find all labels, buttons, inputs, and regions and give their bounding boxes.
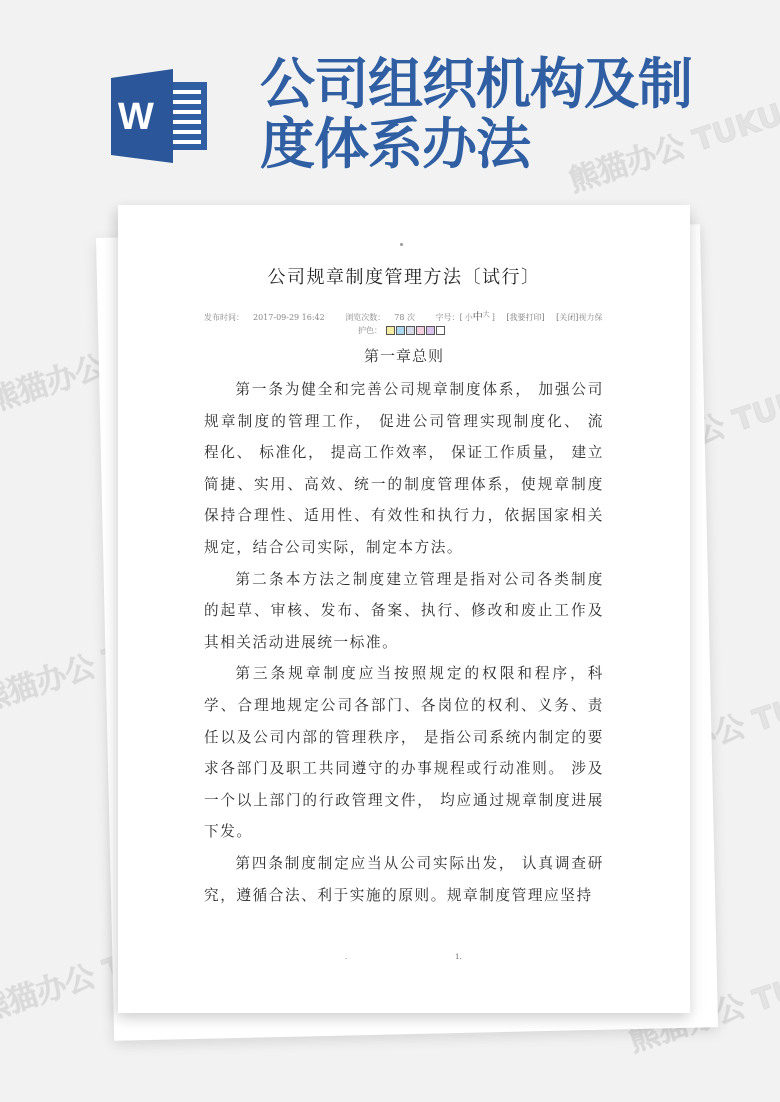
- font-size-small[interactable]: 小: [465, 313, 473, 322]
- color-swatch-white[interactable]: [436, 326, 445, 335]
- eye-care-colors: 护色：: [358, 324, 446, 336]
- banner-title-line1: 公司组织机构及制: [260, 54, 700, 114]
- svg-text:W: W: [118, 96, 154, 138]
- document-body: 第一条为健全和完善公司规章制度体系， 加强公司规章制度的管理工作， 促进公司管理…: [204, 374, 604, 911]
- color-swatch-yellow[interactable]: [386, 326, 395, 335]
- banner-title-line2: 度体系办法: [260, 114, 700, 174]
- document-page: 公司规章制度管理方法〔试行〕 发布时间：2017-09-29 16:42 浏览次…: [118, 205, 690, 1013]
- footer-mark: .: [345, 953, 347, 961]
- color-swatch-gray[interactable]: [406, 326, 415, 335]
- view-count: 浏览次数：78 次: [345, 313, 424, 322]
- color-swatch-purple[interactable]: [426, 326, 435, 335]
- page-footer: . 1.: [118, 953, 690, 963]
- article-2: 第二条本方法之制度建立管理是指对公司各类制度的起草、审核、发布、备案、执行、修改…: [204, 564, 604, 659]
- font-size-medium[interactable]: 中: [473, 312, 483, 323]
- chapter-heading: 第一章总则: [118, 345, 690, 366]
- page-number: 1.: [455, 953, 462, 961]
- eye-care-label: 视力保: [578, 313, 602, 322]
- color-swatch-blue[interactable]: [396, 326, 405, 335]
- article-3: 第三条规章制度应当按照规定的权限和程序，科学、合理地规定公司各部门、各岗位的权利…: [204, 658, 604, 848]
- page-mark: [400, 243, 403, 246]
- article-1: 第一条为健全和完善公司规章制度体系， 加强公司规章制度的管理工作， 促进公司管理…: [204, 374, 604, 564]
- close-link[interactable]: [关闭]: [556, 313, 578, 322]
- article-4: 第四条制度制定应当从公司实际出发， 认真调查研究，遵循合法、利于实施的原则。规章…: [204, 848, 604, 911]
- publish-time: 发布时间：2017-09-29 16:42: [204, 313, 334, 322]
- color-swatch-pink[interactable]: [416, 326, 425, 335]
- font-size-large[interactable]: 大: [483, 310, 490, 318]
- document-title: 公司规章制度管理方法〔试行〕: [118, 263, 690, 289]
- print-link[interactable]: [我要打印]: [506, 313, 544, 322]
- word-icon: W: [109, 69, 211, 163]
- document-meta: 发布时间：2017-09-29 16:42 浏览次数：78 次 字号：[小中大]…: [204, 308, 614, 323]
- font-size-control: 字号：[小中大]: [436, 313, 498, 322]
- banner-title: 公司组织机构及制 度体系办法: [260, 54, 700, 174]
